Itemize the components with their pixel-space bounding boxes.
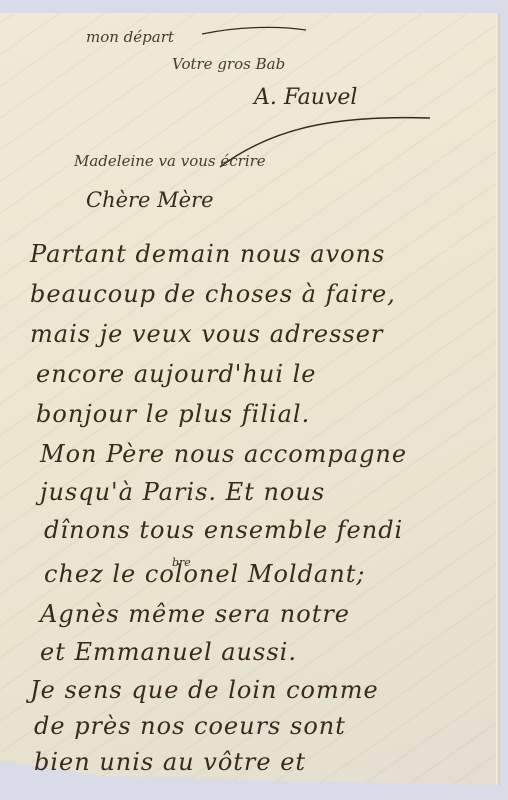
salutation: Chère Mère bbox=[86, 188, 214, 212]
body-line: chez le colonel Moldant; bbox=[44, 560, 365, 588]
body-line: Je sens que de loin comme bbox=[30, 676, 379, 704]
body-line: bien unis au vôtre et bbox=[34, 748, 306, 776]
body-line: bonjour le plus filial. bbox=[36, 400, 310, 428]
body-line: encore aujourd'hui le bbox=[36, 360, 317, 388]
body-line: beaucoup de choses à faire, bbox=[30, 280, 396, 308]
body-line: Mon Père nous accompagne bbox=[40, 440, 407, 468]
body-line: dînons tous ensemble fendi bbox=[44, 516, 403, 544]
margin-note: Madeleine va vous écrire bbox=[74, 152, 266, 170]
underline-flourish-icon bbox=[200, 24, 310, 38]
signature: A. Fauvel bbox=[254, 85, 357, 110]
body-line: Agnès même sera notre bbox=[40, 600, 350, 628]
postscript-line-1: mon départ bbox=[86, 28, 174, 46]
body-line: de près nos coeurs sont bbox=[34, 712, 346, 740]
body-line: mais je veux vous adresser bbox=[30, 320, 383, 348]
postscript-line-2: Votre gros Bab bbox=[172, 55, 285, 73]
body-line: Partant demain nous avons bbox=[30, 240, 385, 268]
body-line: jusqu'à Paris. Et nous bbox=[40, 478, 325, 506]
body-line: et Emmanuel aussi. bbox=[40, 638, 297, 666]
paper-edge bbox=[496, 13, 500, 785]
